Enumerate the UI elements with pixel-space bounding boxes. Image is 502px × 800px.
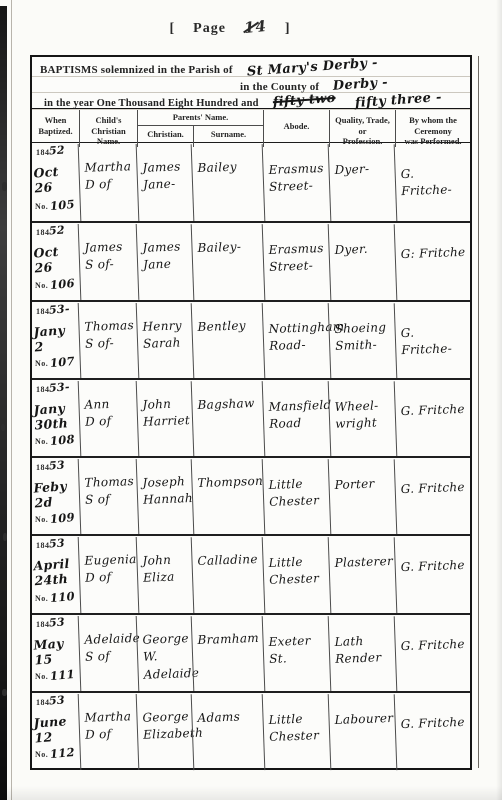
- year-printed-prefix: 184: [36, 307, 50, 316]
- year-printed-prefix: 184: [36, 463, 50, 472]
- parents-name-group-title: Parents' Name.: [138, 110, 263, 126]
- record-date: Oct 26: [33, 162, 80, 195]
- minister-cell: G. Fritche: [394, 691, 472, 770]
- child-name-cell: Martha D of: [78, 142, 139, 222]
- parents-surname-cell: Adams: [191, 692, 265, 771]
- child-name-cell: Ann D of: [78, 379, 139, 457]
- no-printed-label: No.: [35, 202, 48, 211]
- record-number: No.106: [35, 277, 75, 291]
- title-line-year: in the year One Thousand Eight Hundred a…: [32, 93, 470, 110]
- trade-cell: Lath Render: [328, 613, 397, 692]
- year-handwritten-entry: fifty three -: [355, 90, 443, 111]
- parents-surname-cell: Bentley: [191, 300, 265, 379]
- record-year: 18453-: [36, 304, 69, 317]
- record-year: 18453: [36, 460, 64, 473]
- record-number: No.112: [35, 746, 75, 760]
- record-number: No.108: [35, 433, 75, 447]
- parents-christian-cell: John Eliza: [136, 535, 194, 613]
- minister-cell: G: Fritche: [394, 222, 472, 301]
- table-outer-right-rule: [478, 56, 479, 768]
- abode-cell: Nottingham Road-: [262, 300, 331, 379]
- table-row: 18452Oct 26No.105Martha D ofJames Jane-B…: [32, 143, 470, 221]
- parents-christian-cell: Henry Sarah: [136, 301, 194, 379]
- scan-speck: [2, 689, 7, 696]
- table-row: 18453-Jany 2No.107Thomas S of-Henry Sara…: [32, 300, 470, 378]
- record-year: 18453: [36, 617, 64, 630]
- record-number: No.109: [35, 511, 75, 525]
- minister-cell: G. Fritche: [394, 457, 472, 536]
- record-number-value: 106: [50, 275, 76, 291]
- record-year: 18453: [36, 538, 64, 551]
- when-baptized-cell: 18453May 15No.111: [32, 615, 79, 691]
- year-handwritten-digits: 53: [48, 458, 65, 472]
- year-printed-prefix: 184: [36, 620, 50, 629]
- page-number-label: [Page14]: [0, 18, 460, 37]
- record-number: No.110: [35, 590, 75, 604]
- record-number: No.105: [35, 198, 75, 212]
- when-baptized-cell: 18453-Jany 30thNo.108: [32, 380, 79, 456]
- record-date: April 24th: [33, 556, 71, 588]
- parents-surname-cell: Bagshaw: [191, 379, 265, 458]
- table-row: 18453May 15No.111Adelaide S ofGeorge W. …: [32, 613, 470, 691]
- parents-christian-cell: George W. Adelaide: [136, 614, 194, 692]
- record-year: 18453: [36, 695, 64, 708]
- record-number-value: 111: [50, 667, 76, 683]
- record-number-value: 109: [50, 510, 76, 526]
- parents-surname-cell: Bailey-: [191, 222, 265, 301]
- no-printed-label: No.: [35, 437, 48, 446]
- record-date: Feby 2d: [33, 477, 80, 510]
- year-printed-prefix: 184: [36, 148, 50, 157]
- abode-cell: Erasmus Street-: [262, 222, 331, 301]
- child-name-cell: Martha D of: [78, 692, 139, 770]
- minister-cell: G. Fritche: [394, 378, 472, 457]
- minister-cell: G. Fritche-: [394, 300, 472, 379]
- col-parents-name: Parents' Name. Christian. Surname.: [137, 110, 263, 147]
- no-printed-label: No.: [35, 750, 48, 759]
- abode-cell: Exeter St.: [262, 613, 331, 692]
- child-name-cell: Thomas S of-: [78, 301, 139, 379]
- county-printed-text: in the County of: [240, 81, 319, 93]
- scan-speck: [2, 182, 7, 191]
- trade-cell: Shoeing Smith-: [328, 300, 397, 379]
- parents-surname-cell: Bramham: [191, 613, 265, 692]
- scanned-page: [Page14] BAPTISMS solemnized in the Pari…: [0, 0, 502, 800]
- child-name-cell: Adelaide S of: [78, 614, 139, 692]
- title-line-parish: BAPTISMS solemnized in the Parish of St …: [32, 60, 470, 77]
- scan-gutter-strip: [0, 6, 7, 800]
- when-baptized-cell: 18452Oct 26No.105: [32, 143, 79, 221]
- register-body: 18452Oct 26No.105Martha D ofJames Jane-B…: [32, 143, 470, 769]
- col-when-baptized: When Baptized.: [32, 110, 79, 147]
- trade-cell: Porter: [328, 457, 397, 536]
- scan-speck: [1, 424, 5, 431]
- no-printed-label: No.: [35, 594, 48, 603]
- minister-cell: G. Fritche: [394, 613, 472, 692]
- table-row: 18452Oct 26No.106James S of-James JaneBa…: [32, 221, 470, 299]
- year-printed-prefix: 184: [36, 228, 50, 237]
- record-year: 18453-: [36, 382, 69, 395]
- when-baptized-cell: 18452Oct 26No.106: [32, 223, 79, 299]
- year-handwritten-digits: 52: [48, 224, 65, 238]
- page-edge-shade: [496, 0, 502, 800]
- record-number-value: 108: [50, 432, 76, 448]
- record-date: June 12: [33, 712, 80, 745]
- parents-christian-cell: John Harriet: [136, 379, 194, 457]
- record-date: Jany 30th: [33, 399, 80, 432]
- bracket-open: [: [170, 21, 176, 36]
- record-number-value: 105: [50, 197, 76, 213]
- parents-surname-cell: Thompson: [191, 457, 265, 536]
- abode-cell: Mansfield Road: [262, 379, 331, 458]
- page-number-value: 14: [243, 17, 268, 37]
- no-printed-label: No.: [35, 672, 48, 681]
- when-baptized-cell: 18453April 24thNo.110: [32, 536, 79, 612]
- trade-cell: Wheel- wright: [328, 379, 397, 458]
- page-word: Page: [193, 21, 226, 36]
- record-date: May 15: [33, 634, 80, 667]
- record-number-value: 112: [50, 745, 76, 761]
- scan-edge-line: [11, 0, 12, 800]
- when-baptized-cell: 18453June 12No.112: [32, 693, 79, 769]
- trade-cell: Labourer: [328, 692, 397, 771]
- year-handwritten-digits: 53: [48, 693, 65, 707]
- when-baptized-cell: 18453-Jany 2No.107: [32, 302, 79, 378]
- record-number-value: 107: [50, 354, 76, 370]
- when-baptized-cell: 18453Feby 2dNo.109: [32, 458, 79, 534]
- year-handwritten-digits: 53-: [48, 302, 70, 316]
- record-number: No.107: [35, 355, 75, 369]
- year-handwritten-struck: fifty two: [272, 91, 336, 110]
- county-handwritten-entry: Derby -: [333, 75, 389, 94]
- year-printed-prefix: 184: [36, 698, 50, 707]
- parents-surname-cell: Calladine: [191, 535, 265, 614]
- year-handwritten-digits: 53-: [48, 380, 70, 394]
- table-row: 18453Feby 2dNo.109Thomas S ofJoseph Hann…: [32, 456, 470, 534]
- minister-cell: G. Fritche-: [394, 142, 472, 223]
- year-handwritten-digits: 53: [48, 615, 65, 629]
- child-name-cell: James S of-: [78, 222, 139, 300]
- record-year: 18452: [36, 145, 64, 158]
- table-row: 18453-Jany 30thNo.108Ann D ofJohn Harrie…: [32, 378, 470, 456]
- trade-cell: Plasterer: [328, 535, 397, 614]
- record-number-value: 110: [50, 588, 76, 604]
- parents-christian-cell: James Jane: [136, 222, 194, 300]
- record-date: Jany 2: [33, 321, 80, 354]
- trade-cell: Dyer.: [328, 222, 397, 301]
- abode-cell: Little Chester: [262, 692, 331, 771]
- trade-cell: Dyer-: [328, 142, 397, 223]
- abode-cell: Little Chester: [262, 535, 331, 614]
- title-line-county: in the County of Derby -: [32, 77, 470, 93]
- register-title-block: BAPTISMS solemnized in the Parish of St …: [32, 57, 470, 110]
- table-row: 18453June 12No.112Martha D ofGeorge Eliz…: [32, 691, 470, 769]
- record-year: 18452: [36, 225, 64, 238]
- scan-speck: [3, 533, 7, 541]
- year-handwritten-digits: 53: [48, 537, 65, 551]
- abode-cell: Little Chester: [262, 457, 331, 536]
- child-name-cell: Thomas S of: [78, 457, 139, 535]
- baptism-register-table: BAPTISMS solemnized in the Parish of St …: [30, 55, 472, 770]
- bracket-close: ]: [285, 21, 291, 36]
- no-printed-label: No.: [35, 359, 48, 368]
- minister-cell: G. Fritche: [394, 535, 472, 614]
- parents-surname-cell: Bailey: [191, 142, 265, 223]
- abode-cell: Erasmus Street-: [262, 142, 331, 223]
- parents-christian-cell: James Jane-: [136, 142, 194, 222]
- no-printed-label: No.: [35, 281, 48, 290]
- parish-printed-text: BAPTISMS solemnized in the Parish of: [40, 64, 233, 76]
- no-printed-label: No.: [35, 515, 48, 524]
- table-row: 18453April 24thNo.110Eugenia D ofJohn El…: [32, 534, 470, 612]
- year-printed-prefix: 184: [36, 385, 50, 394]
- column-header-row: When Baptized. Child's Christian Name. P…: [32, 110, 470, 143]
- parents-christian-cell: Joseph Hannah: [136, 457, 194, 535]
- child-name-cell: Eugenia D of: [78, 535, 139, 613]
- record-number: No.111: [35, 668, 75, 682]
- year-printed-prefix: 184: [36, 541, 50, 550]
- parish-handwritten-entry: St Mary's Derby -: [246, 55, 378, 79]
- parents-christian-cell: George Elizabeth: [136, 692, 194, 770]
- year-printed-text: in the year One Thousand Eight Hundred a…: [44, 98, 259, 109]
- year-handwritten-digits: 52: [48, 143, 65, 157]
- record-date: Oct 26: [33, 243, 80, 276]
